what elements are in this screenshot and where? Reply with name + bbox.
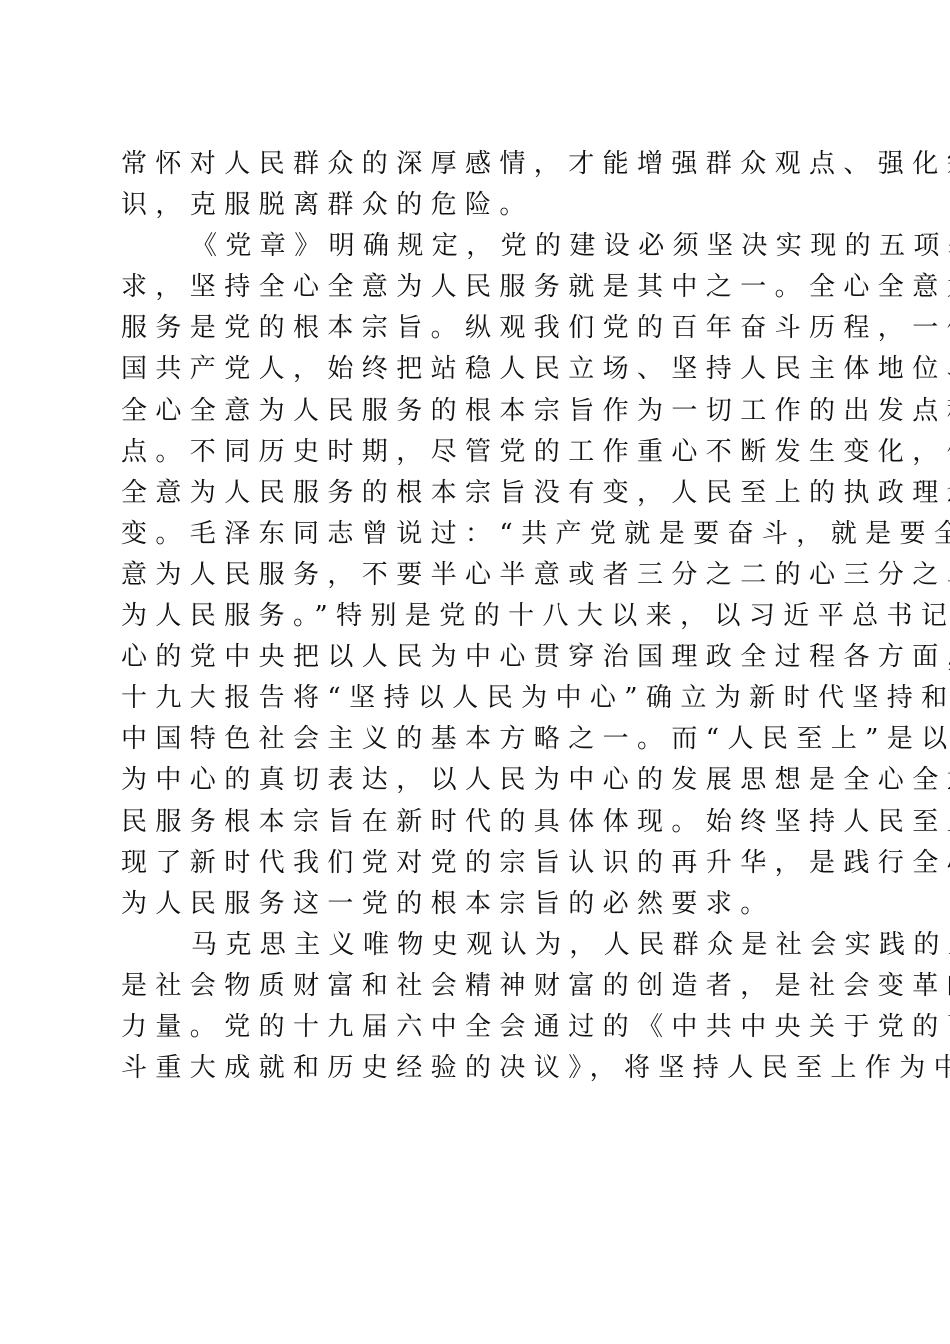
- text-line: 常怀对人民群众的深厚感情，才能增强群众观点、强化宗旨意: [121, 144, 826, 185]
- text-line: 变。毛泽东同志曾说过：“共产党就是要奋斗，就是要全心全: [121, 514, 826, 555]
- text-line: 意为人民服务，不要半心半意或者三分之二的心三分之二的意: [121, 555, 826, 596]
- paragraph-2: 《党章》明确规定，党的建设必须坚决实现的五项基本要 求，坚持全心全意为人民服务就…: [121, 226, 826, 925]
- text-line: 国共产党人，始终把站稳人民立场、坚持人民主体地位、践行: [121, 349, 826, 390]
- text-line: 为人民服务这一党的根本宗旨的必然要求。: [121, 884, 826, 925]
- text-line: 现了新时代我们党对党的宗旨认识的再升华，是践行全心全意: [121, 843, 826, 884]
- text-line: 力量。党的十九届六中全会通过的《中共中央关于党的百年奋: [121, 1007, 826, 1048]
- text-line: 求，坚持全心全意为人民服务就是其中之一。全心全意为人民: [121, 267, 826, 308]
- text-line: 是社会物质财富和社会精神财富的创造者，是社会变革的决定: [121, 966, 826, 1007]
- text-line: 全意为人民服务的根本宗旨没有变，人民至上的执政理念没有: [121, 473, 826, 514]
- text-line: 为中心的真切表达，以人民为中心的发展思想是全心全意为人: [121, 760, 826, 801]
- text-line: 识，克服脱离群众的危险。: [121, 185, 826, 226]
- text-line: 民服务根本宗旨在新时代的具体体现。始终坚持人民至上，体: [121, 802, 826, 843]
- text-line: 十九大报告将“坚持以人民为中心”确立为新时代坚持和发展: [121, 678, 826, 719]
- text-line: 为人民服务。”特别是党的十八大以来，以习近平总书记为核: [121, 596, 826, 637]
- text-line: 心的党中央把以人民为中心贯穿治国理政全过程各方面，党的: [121, 637, 826, 678]
- text-line: 点。不同历史时期，尽管党的工作重心不断发生变化，但全心: [121, 432, 826, 473]
- text-line: 马克思主义唯物史观认为，人民群众是社会实践的主体，: [121, 925, 826, 966]
- document-page: 常怀对人民群众的深厚感情，才能增强群众观点、强化宗旨意 识，克服脱离群众的危险。…: [121, 144, 826, 1089]
- text-line: 服务是党的根本宗旨。纵观我们党的百年奋斗历程，一代代中: [121, 308, 826, 349]
- text-line: 中国特色社会主义的基本方略之一。而“人民至上”是以人民: [121, 719, 826, 760]
- paragraph-3: 马克思主义唯物史观认为，人民群众是社会实践的主体， 是社会物质财富和社会精神财富…: [121, 925, 826, 1089]
- text-line: 《党章》明确规定，党的建设必须坚决实现的五项基本要: [121, 226, 826, 267]
- text-line: 全心全意为人民服务的根本宗旨作为一切工作的出发点和落脚: [121, 391, 826, 432]
- text-line: 斗重大成就和历史经验的决议》，将坚持人民至上作为中国共: [121, 1048, 826, 1089]
- paragraph-1: 常怀对人民群众的深厚感情，才能增强群众观点、强化宗旨意 识，克服脱离群众的危险。: [121, 144, 826, 226]
